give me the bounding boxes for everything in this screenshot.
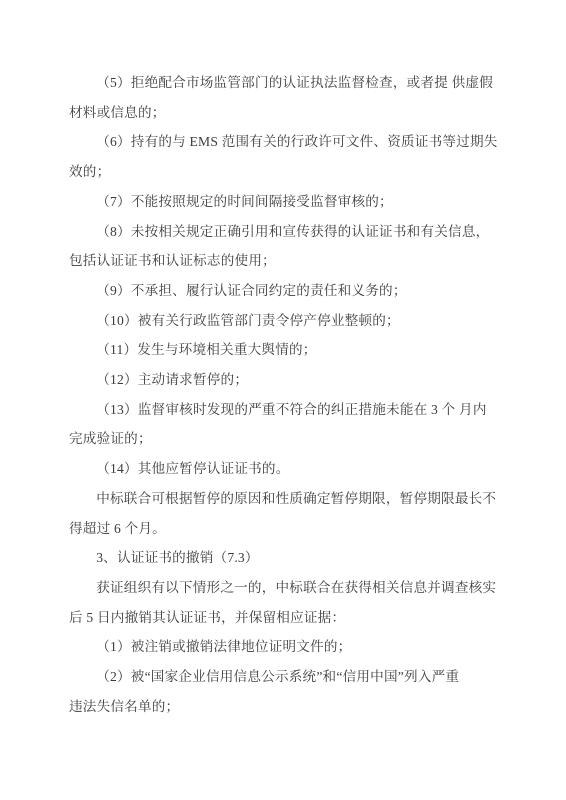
- revocation-clause-1: （1）被注销或撤销法律地位证明文件的；: [69, 632, 521, 662]
- clause-10: （10）被有关行政监管部门责令停产停业整顿的；: [69, 306, 521, 336]
- revocation-intro-paragraph: 获证组织有以下情形之一的，中标联合在获得相关信息并调查核实 后 5 日内撤销其认…: [69, 573, 521, 632]
- clause-12: （12）主动请求暂停的；: [69, 365, 521, 395]
- revocation-clause-2: （2）被“国家企业信用信息公示系统”和“信用中国”列入严重 违法失信名单的；: [69, 662, 521, 721]
- clause-11: （11）发生与环境相关重大舆情的；: [69, 335, 521, 365]
- document-body: （5）拒绝配合市场监管部门的认证执法监督检查，或者提 供虚假 材料或信息的； （…: [69, 68, 521, 721]
- clause-5: （5）拒绝配合市场监管部门的认证执法监督检查，或者提 供虚假 材料或信息的；: [69, 68, 521, 127]
- suspension-period-paragraph: 中标联合可根据暂停的原因和性质确定暂停期限，暂停期限最长不 得超过 6 个月。: [69, 484, 521, 543]
- clause-8: （8）未按相关规定正确引用和宣传获得的认证证书和有关信息， 包括认证证书和认证标…: [69, 217, 521, 276]
- clause-13: （13）监督审核时发现的严重不符合的纠正措施未能在 3 个 月内 完成验证的；: [69, 395, 521, 454]
- section-heading-revocation: 3、认证证书的撤销（7.3）: [69, 543, 521, 573]
- clause-6: （6）持有的与 EMS 范围有关的行政许可文件、资质证书等过期失 效的；: [69, 127, 521, 186]
- clause-7: （7）不能按照规定的时间间隔接受监督审核的；: [69, 187, 521, 217]
- clause-9: （9）不承担、履行认证合同约定的责任和义务的；: [69, 276, 521, 306]
- clause-14: （14）其他应暂停认证证书的。: [69, 454, 521, 484]
- document-page: （5）拒绝配合市场监管部门的认证执法监督检查，或者提 供虚假 材料或信息的； （…: [0, 0, 566, 800]
